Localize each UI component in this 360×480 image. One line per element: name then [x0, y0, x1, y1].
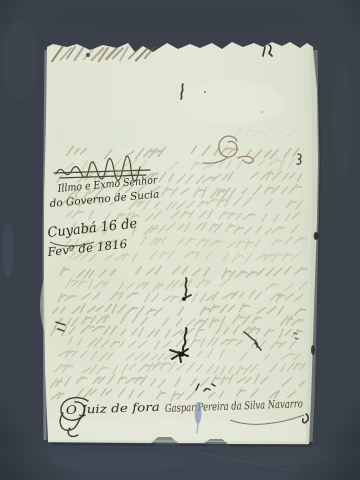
- photo-vignette: [0, 0, 360, 480]
- manuscript-photograph: Illmo e Exmo Senhor do Governo de Sucia …: [0, 0, 360, 480]
